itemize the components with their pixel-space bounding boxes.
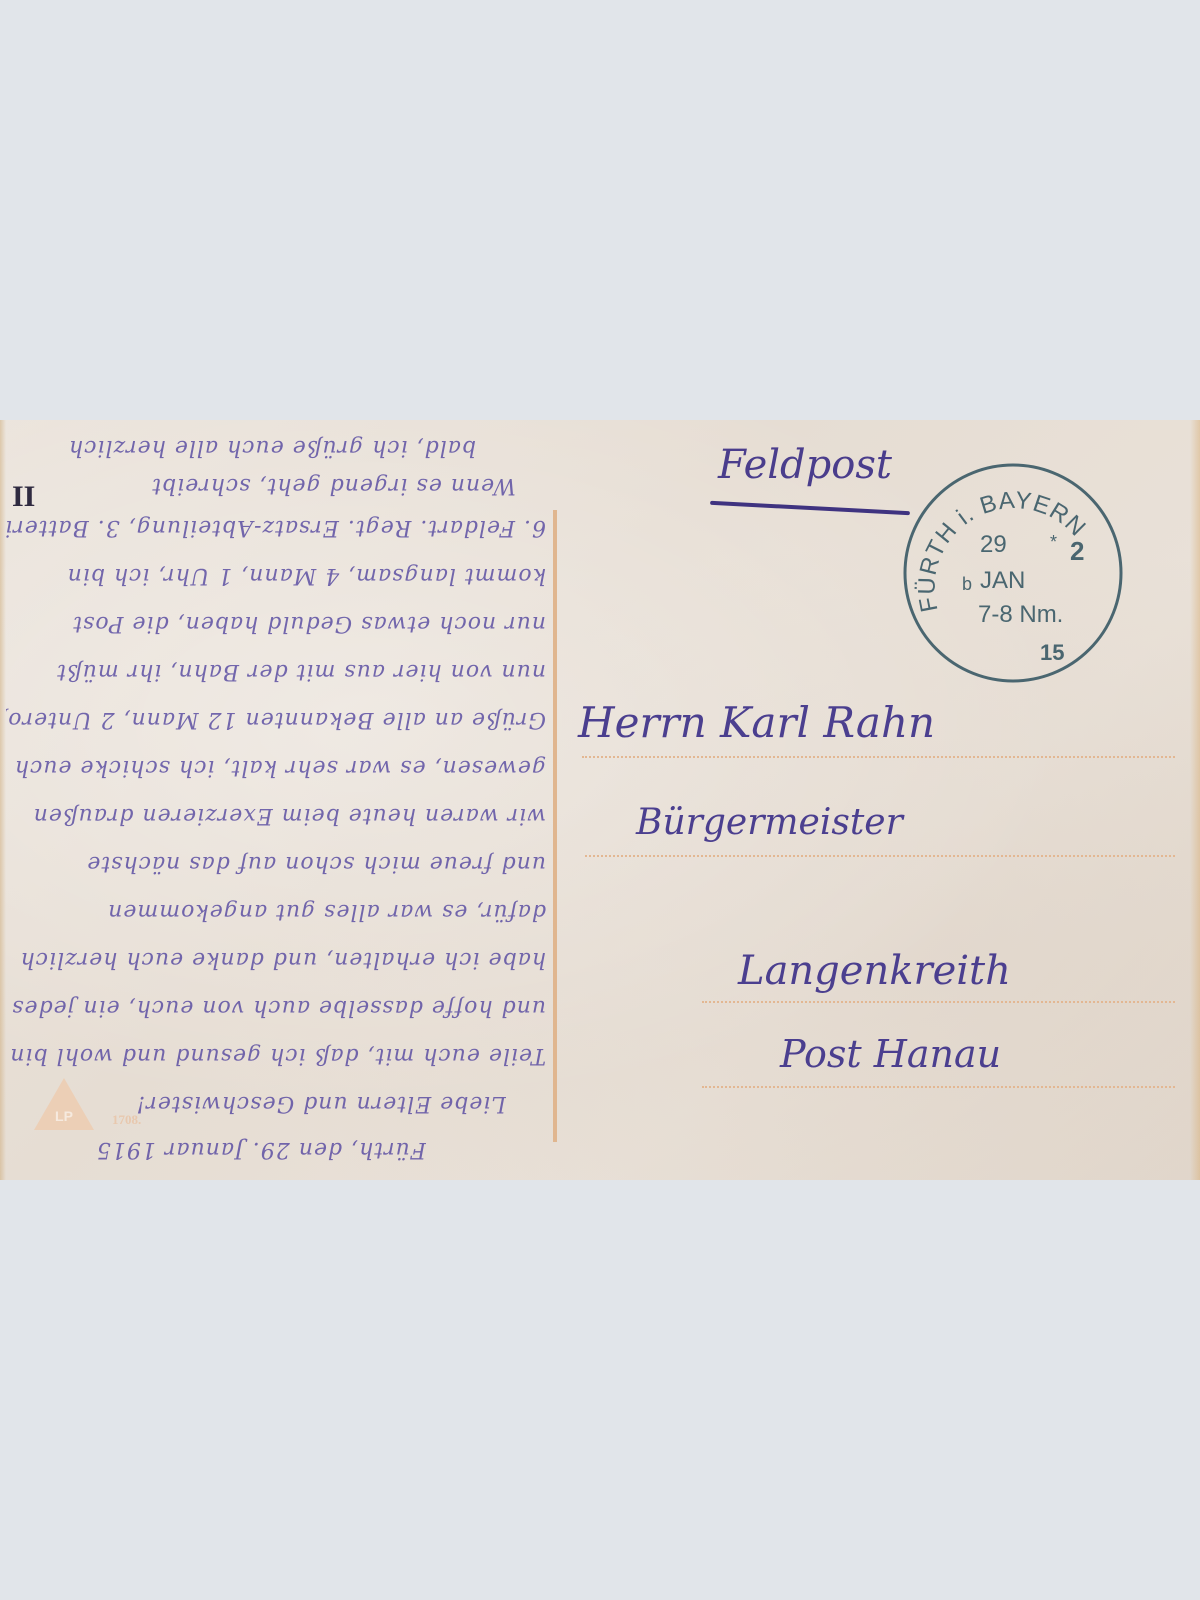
address-recipient: Herrn Karl Rahn [578,698,935,747]
address-line-4-rule [702,1086,1175,1088]
publisher-number: 1708. [112,1112,141,1128]
address-line-1-rule [582,756,1175,758]
message-line: und hoffe dasselbe auch von euch, ein je… [6,995,546,1020]
message-line: Wenn es irgend geht, schreibt [0,473,516,498]
postmark-letter: b [962,574,972,594]
message-line: wir waren heute beim Exerzieren draußen [6,803,546,828]
message-line: Grüße an alle Bekannten 12 Mann, 2 Unter… [6,707,546,732]
page-mark: II [12,480,35,514]
message-line: bald, ich grüße euch alle herzlich [0,435,476,460]
center-divider [553,510,557,1142]
address-town: Langenkreith [738,948,1011,994]
postmark-star: * [1050,532,1057,552]
message-line: 6. Feldart. Regt. Ersatz-Abteilung, 3. B… [6,515,546,540]
message-line: nur noch etwas Geduld haben, die Post [6,611,546,636]
postmark-year: 15 [1040,640,1064,665]
postmark-day: 29 [980,531,1007,558]
address-title: Bürgermeister [636,802,903,843]
postmark-time: 7-8 Nm. [978,601,1063,628]
feldpost-label: Feldpost [718,442,892,488]
message-dateline: Fürth, den 29. Januar 1915 [0,1137,426,1162]
address-line-3-rule [702,1001,1175,1003]
message-line: nun von hier aus mit der Bahn, ihr müßt [6,659,546,684]
address-line-2-rule [585,855,1175,857]
message-line: und freue mich schon auf das nächste [6,851,546,876]
message-line: dafür, es war alles gut angekommen [6,899,546,924]
feldpost-underline [710,501,910,515]
message-line: kommt langsam, 4 Mann, 1 Uhr, ich bin [6,563,546,588]
message-area: Fürth, den 29. Januar 1915 Liebe Eltern … [6,428,546,1168]
postcard: Fürth, den 29. Januar 1915 Liebe Eltern … [0,420,1200,1180]
postmark-stamp: FÜRTH i. BAYERN 2 29 * b JAN 7-8 Nm. 15 [900,460,1126,686]
message-line: gewesen, es war sehr kalt, ich schicke e… [6,755,546,780]
message-line: Teile euch mit, daß ich gesund und wohl … [6,1043,546,1068]
address-post-office: Post Hanau [780,1032,1001,1076]
publisher-logo-text: LP [40,1108,88,1124]
postmark-month: JAN [980,567,1025,594]
postmark-office-number: 2 [1070,536,1084,566]
message-line: habe ich erhalten, und danke euch herzli… [6,947,546,972]
